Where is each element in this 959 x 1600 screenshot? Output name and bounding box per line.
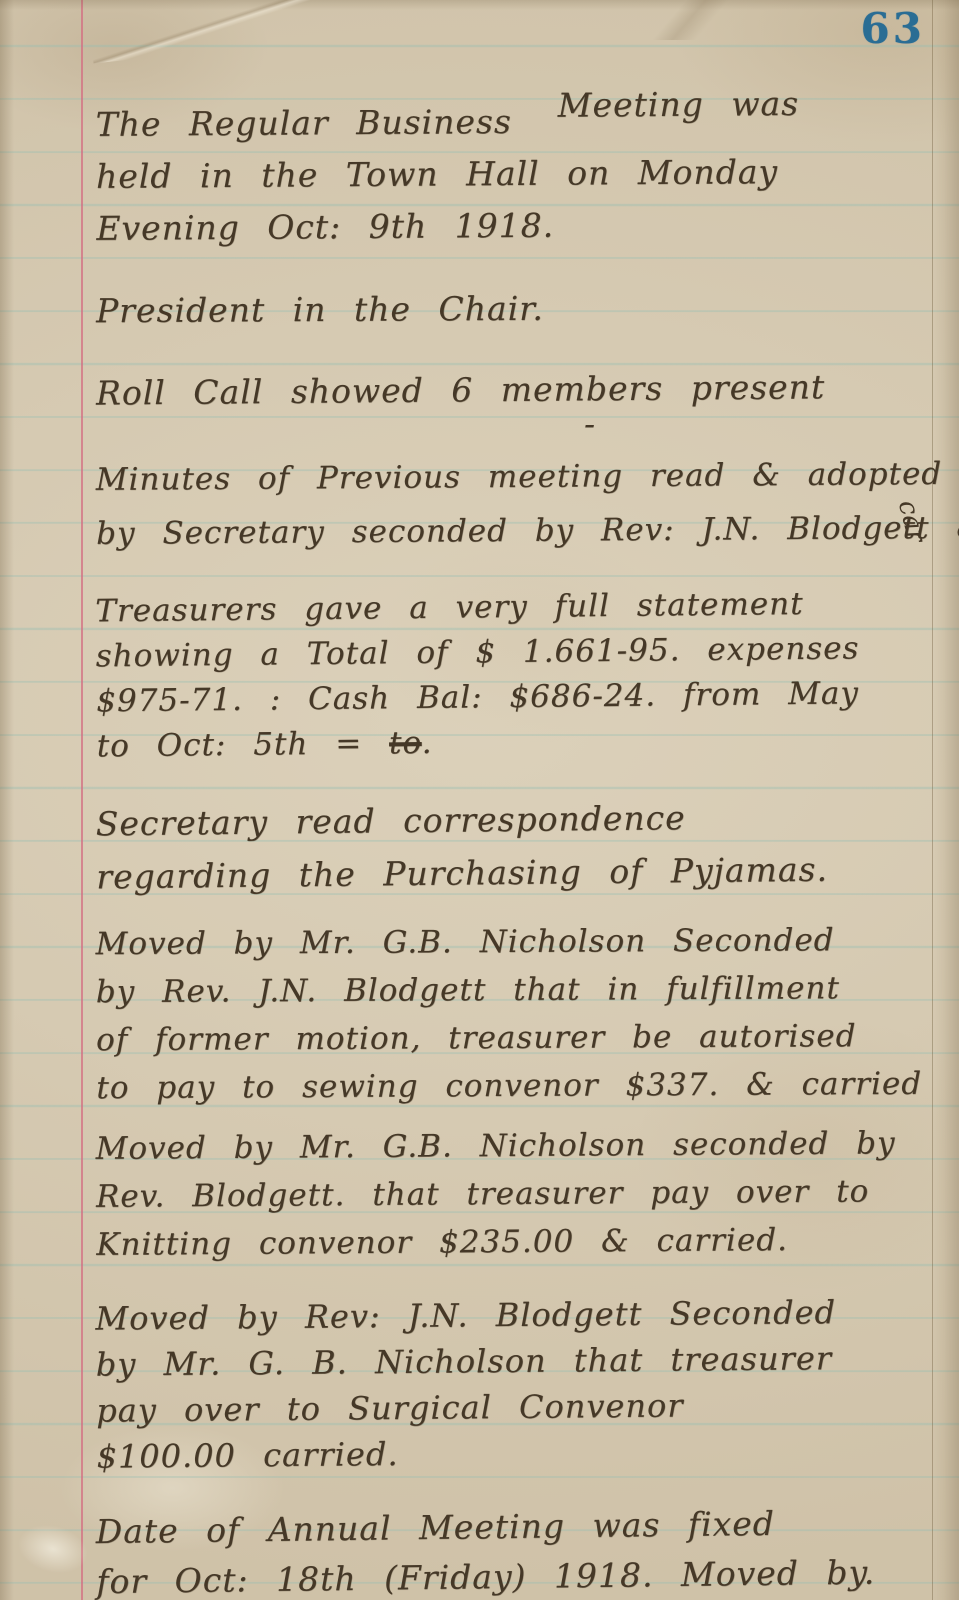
margin-rule-line <box>81 0 83 1600</box>
handwritten-line: to Oct: 5th = to. <box>96 716 933 770</box>
handwritten-line: to pay to sewing convenor $337. & carrie… <box>96 1060 933 1112</box>
handwritten-line: Roll Call showed 6 members present <box>96 360 933 419</box>
entry-correspondence: Secretary read correspondence regarding … <box>95 789 933 904</box>
entry-annual-meeting-date: Date of Annual Meeting was fixed for Oct… <box>95 1497 933 1600</box>
handwritten-line: Evening Oct: 9th 1918. <box>96 197 933 255</box>
handwritten-line: Moved by Rev: J.N. Blodgett Seconded <box>95 1288 932 1341</box>
entry-meeting-heading: The Regular BusinessMeeting was held in … <box>95 93 933 255</box>
entry-treasurer-statement: Treasurers gave a very full statement sh… <box>95 581 934 770</box>
handwritten-line: Moved by Mr. G.B. Nicholson seconded by <box>96 1119 933 1173</box>
handwritten-line: President in the Chair. <box>96 281 933 337</box>
handwritten-line: by Rev. J.N. Blodgett that in fulfillmen… <box>96 964 933 1016</box>
paper-crease <box>539 0 839 40</box>
handwritten-line: $975-71. : Cash Bal: $686-24. from May <box>96 671 933 725</box>
handwritten-line: Moved by Mr. G.B. Nicholson Seconded <box>96 916 933 968</box>
handwritten-line: The Regular BusinessMeeting was <box>95 93 932 151</box>
page-edge-right <box>932 0 959 1600</box>
handwritten-line: $100.00 carried. <box>96 1426 933 1479</box>
handwritten-line: Minutes of Previous meeting read & adopt… <box>96 447 933 507</box>
struck-word: to <box>389 725 422 761</box>
handwritten-line: pay over to Surgical Convenor <box>96 1380 933 1433</box>
handwritten-line: Rev. Blodgett. that treasurer pay over t… <box>96 1167 933 1221</box>
dash-mark: - <box>584 404 595 443</box>
handwritten-line: for Oct: 18th (Friday) 1918. Moved by. <box>96 1547 934 1600</box>
handwritten-line: held in the Town Hall on Monday <box>96 145 933 203</box>
entry-roll-call: Roll Call showed 6 members present <box>96 360 933 419</box>
page-number: 63 <box>861 4 925 53</box>
entry-motion-knitting: Moved by Mr. G.B. Nicholson seconded by … <box>96 1119 934 1269</box>
entry-motion-sewing: Moved by Mr. G.B. Nicholson Seconded by … <box>96 916 934 1112</box>
entry-president-note: President in the Chair. <box>96 281 933 337</box>
handwritten-line: regarding the Purchasing of Pyjamas. <box>96 842 934 904</box>
handwritten-line: of former motion, treasurer be autorised <box>96 1012 933 1064</box>
handwritten-line: Knitting convenor $235.00 & carried. <box>96 1215 933 1269</box>
page-edge-left <box>0 0 14 1600</box>
handwritten-line: by Secretary seconded by Rev: J.N. Blodg… <box>96 501 933 561</box>
handwritten-line-raised: Meeting was <box>558 78 800 132</box>
handwritten-line: by Mr. G. B. Nicholson that treasurer <box>96 1334 933 1387</box>
entry-minutes-adopted: Minutes of Previous meeting read & adopt… <box>96 447 934 561</box>
handwritten-line: Secretary read correspondence <box>95 789 933 851</box>
entry-motion-surgical: Moved by Rev: J.N. Blodgett Seconded by … <box>95 1288 934 1479</box>
